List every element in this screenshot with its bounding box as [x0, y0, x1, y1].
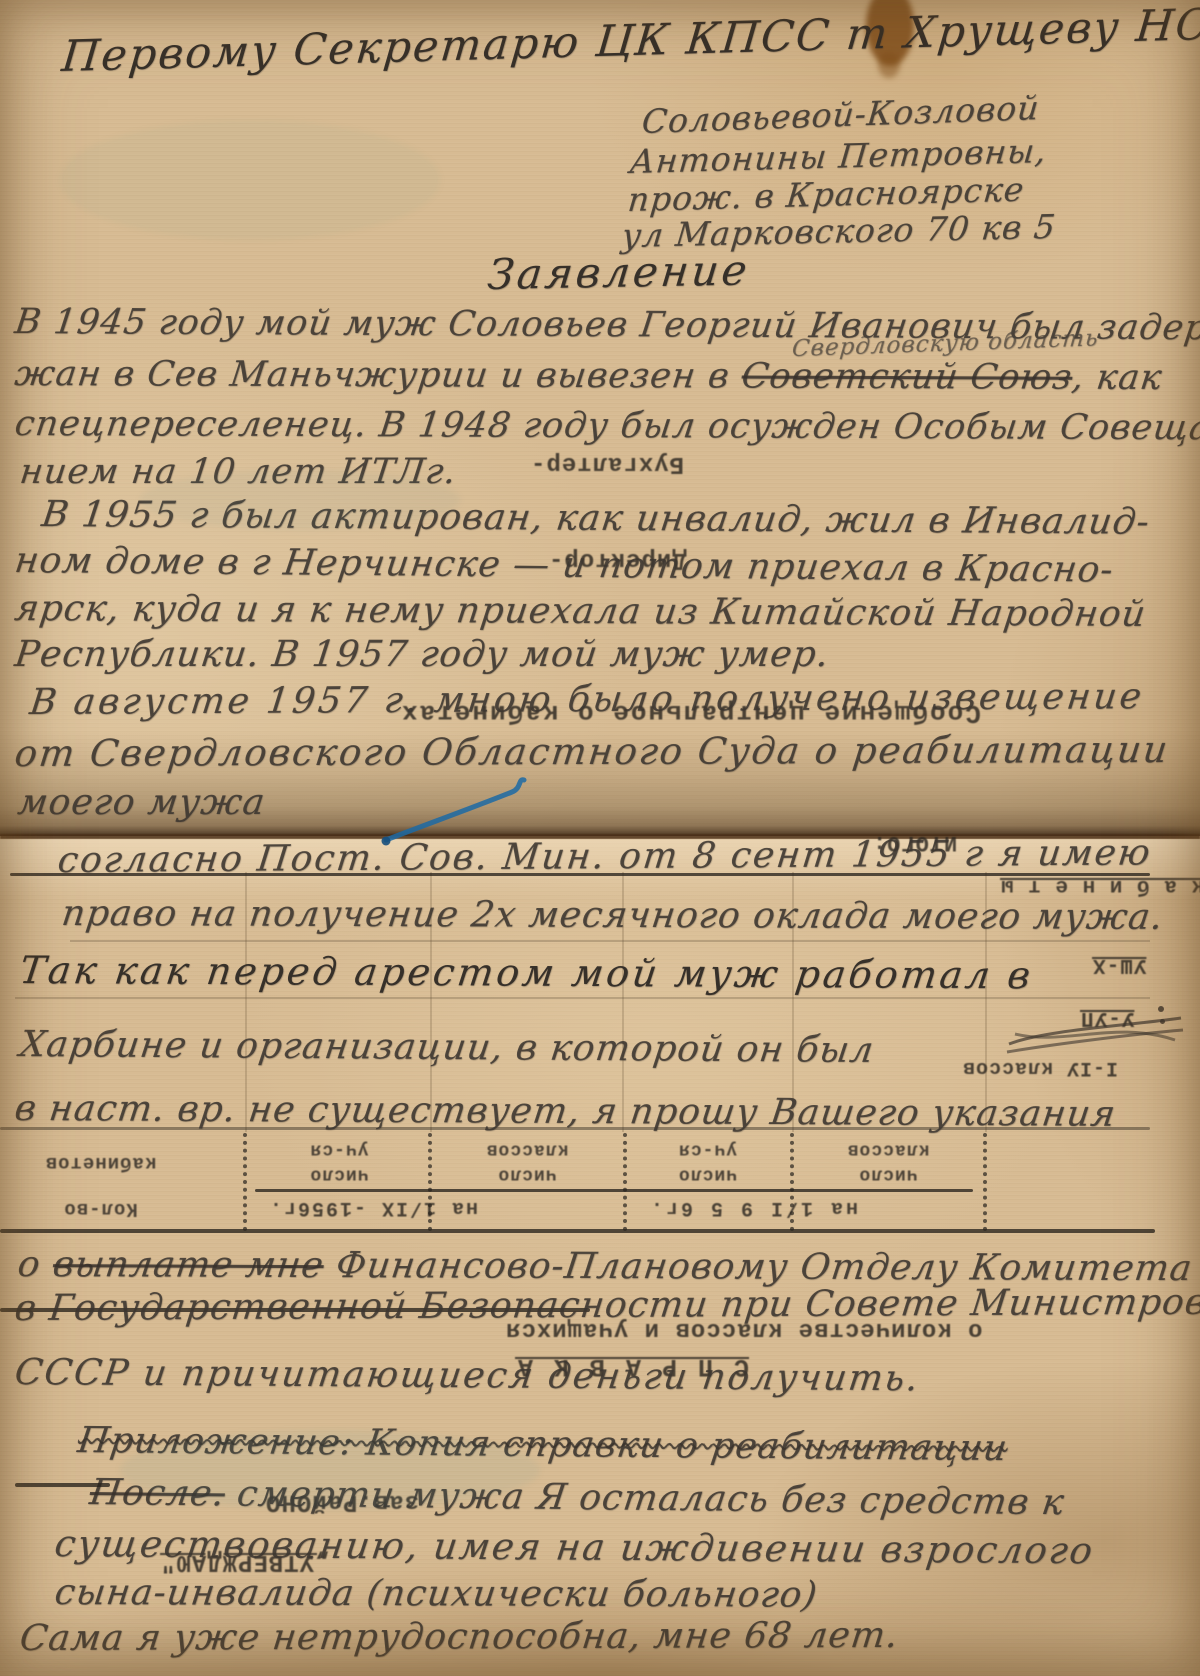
body-line: от Свердловского Областного Суда о реаби… [12, 728, 1171, 775]
body-line: ярск, куда и я к нему приехала из Китайс… [12, 588, 1148, 635]
body-line: в Государственной Безопасности при Совет… [13, 1282, 1200, 1329]
column-separator [243, 1133, 247, 1231]
table-header-line: классов [436, 1136, 618, 1161]
table-header-cell: число уч-ся [255, 1136, 423, 1186]
margin-strike-line [15, 1483, 110, 1487]
table-header-cell: число классов [436, 1136, 618, 1186]
table-corner-label: Кол-во кабинетов [8, 1140, 193, 1231]
ghost-smudge [60, 120, 440, 240]
table-border-line [255, 1189, 973, 1192]
body-line: согласно Пост. Сов. Мин. от 8 сент 1955 … [56, 832, 1154, 881]
body-segment: жан в Сев Маньчжурии и вывезен в [12, 354, 744, 397]
body-line: В августе 1957 г. мною было получено изв… [28, 676, 1147, 723]
table-header-line: число [255, 1161, 423, 1186]
bleed-row-line [15, 997, 1150, 999]
bleedthrough-cabinets: к а б и н е т ы [1000, 874, 1200, 897]
column-separator [623, 1133, 627, 1231]
document-scan: Бухгалтер- Директор- Сообщение центральн… [0, 0, 1200, 1676]
table-corner-line: Кол-во [8, 1186, 193, 1232]
scribble-strikeout [1005, 1000, 1185, 1060]
table-date-cell: на 1/I 9 5 6г. [648, 1196, 858, 1219]
body-line: сына-инвалида (психически больного) [52, 1572, 820, 1616]
ghost-smudge [140, 470, 460, 530]
body-line: спецпереселенец. В 1948 году был осужден… [12, 404, 1200, 448]
body-line: Так как перед арестом мой муж работал в [17, 948, 1036, 997]
table-header-line: классов [798, 1136, 978, 1161]
page-title: Заявление [485, 245, 752, 299]
table-header-line: уч-ся [630, 1136, 785, 1161]
bleed-row-line [70, 940, 1150, 942]
table-header-line: число [630, 1161, 785, 1186]
column-separator [983, 1133, 987, 1231]
table-date-cell: на 1/IX -1956г. [268, 1196, 478, 1219]
table-header-line: уч-ся [255, 1136, 423, 1161]
bleedthrough-accountant: Бухгалтер- [530, 450, 684, 477]
body-line: Республики. В 1957 году мой муж умер. [12, 634, 831, 675]
bleedthrough-grades-8-10: УШ-Х [1092, 953, 1146, 976]
body-line: в наст. вр. не существует, я прошу Вашег… [12, 1088, 1118, 1135]
table-header-line: число [798, 1161, 978, 1186]
table-header-line: число [436, 1161, 618, 1186]
body-segment: , как [1070, 358, 1165, 398]
table-header-cell: число уч-ся [630, 1136, 785, 1186]
body-line: жан в Сев Маньчжурии и вывезен в Советск… [12, 354, 1164, 398]
body-line: право на получение 2х месячного оклада м… [59, 893, 1165, 938]
body-line: моего мужа [15, 782, 267, 823]
body-line: Сама я уже нетрудоспособна, мне 68 лет. [18, 1615, 901, 1659]
struck-text: выплате мне [51, 1244, 327, 1286]
body-line: Харбине и организации, в которой он был [17, 1024, 876, 1071]
body-line: СССР и причитающиеся деньги получить. [12, 1352, 922, 1399]
table-header-cell: число классов [798, 1136, 978, 1186]
recipient-line: Первому Секретарю ЦК КПСС т Хрущеву НС [60, 0, 1200, 82]
table-corner-line: кабинетов [8, 1140, 193, 1186]
struck-text: Советский Союз [739, 357, 1075, 398]
body-segment: о [15, 1244, 55, 1285]
body-line: существованию, имея на иждивении взросло… [52, 1522, 1097, 1572]
ghost-smudge [120, 1430, 540, 1510]
body-line: ном доме в г Нерчинске — и потом приехал… [12, 540, 1116, 591]
blue-ink-mark [372, 768, 542, 858]
